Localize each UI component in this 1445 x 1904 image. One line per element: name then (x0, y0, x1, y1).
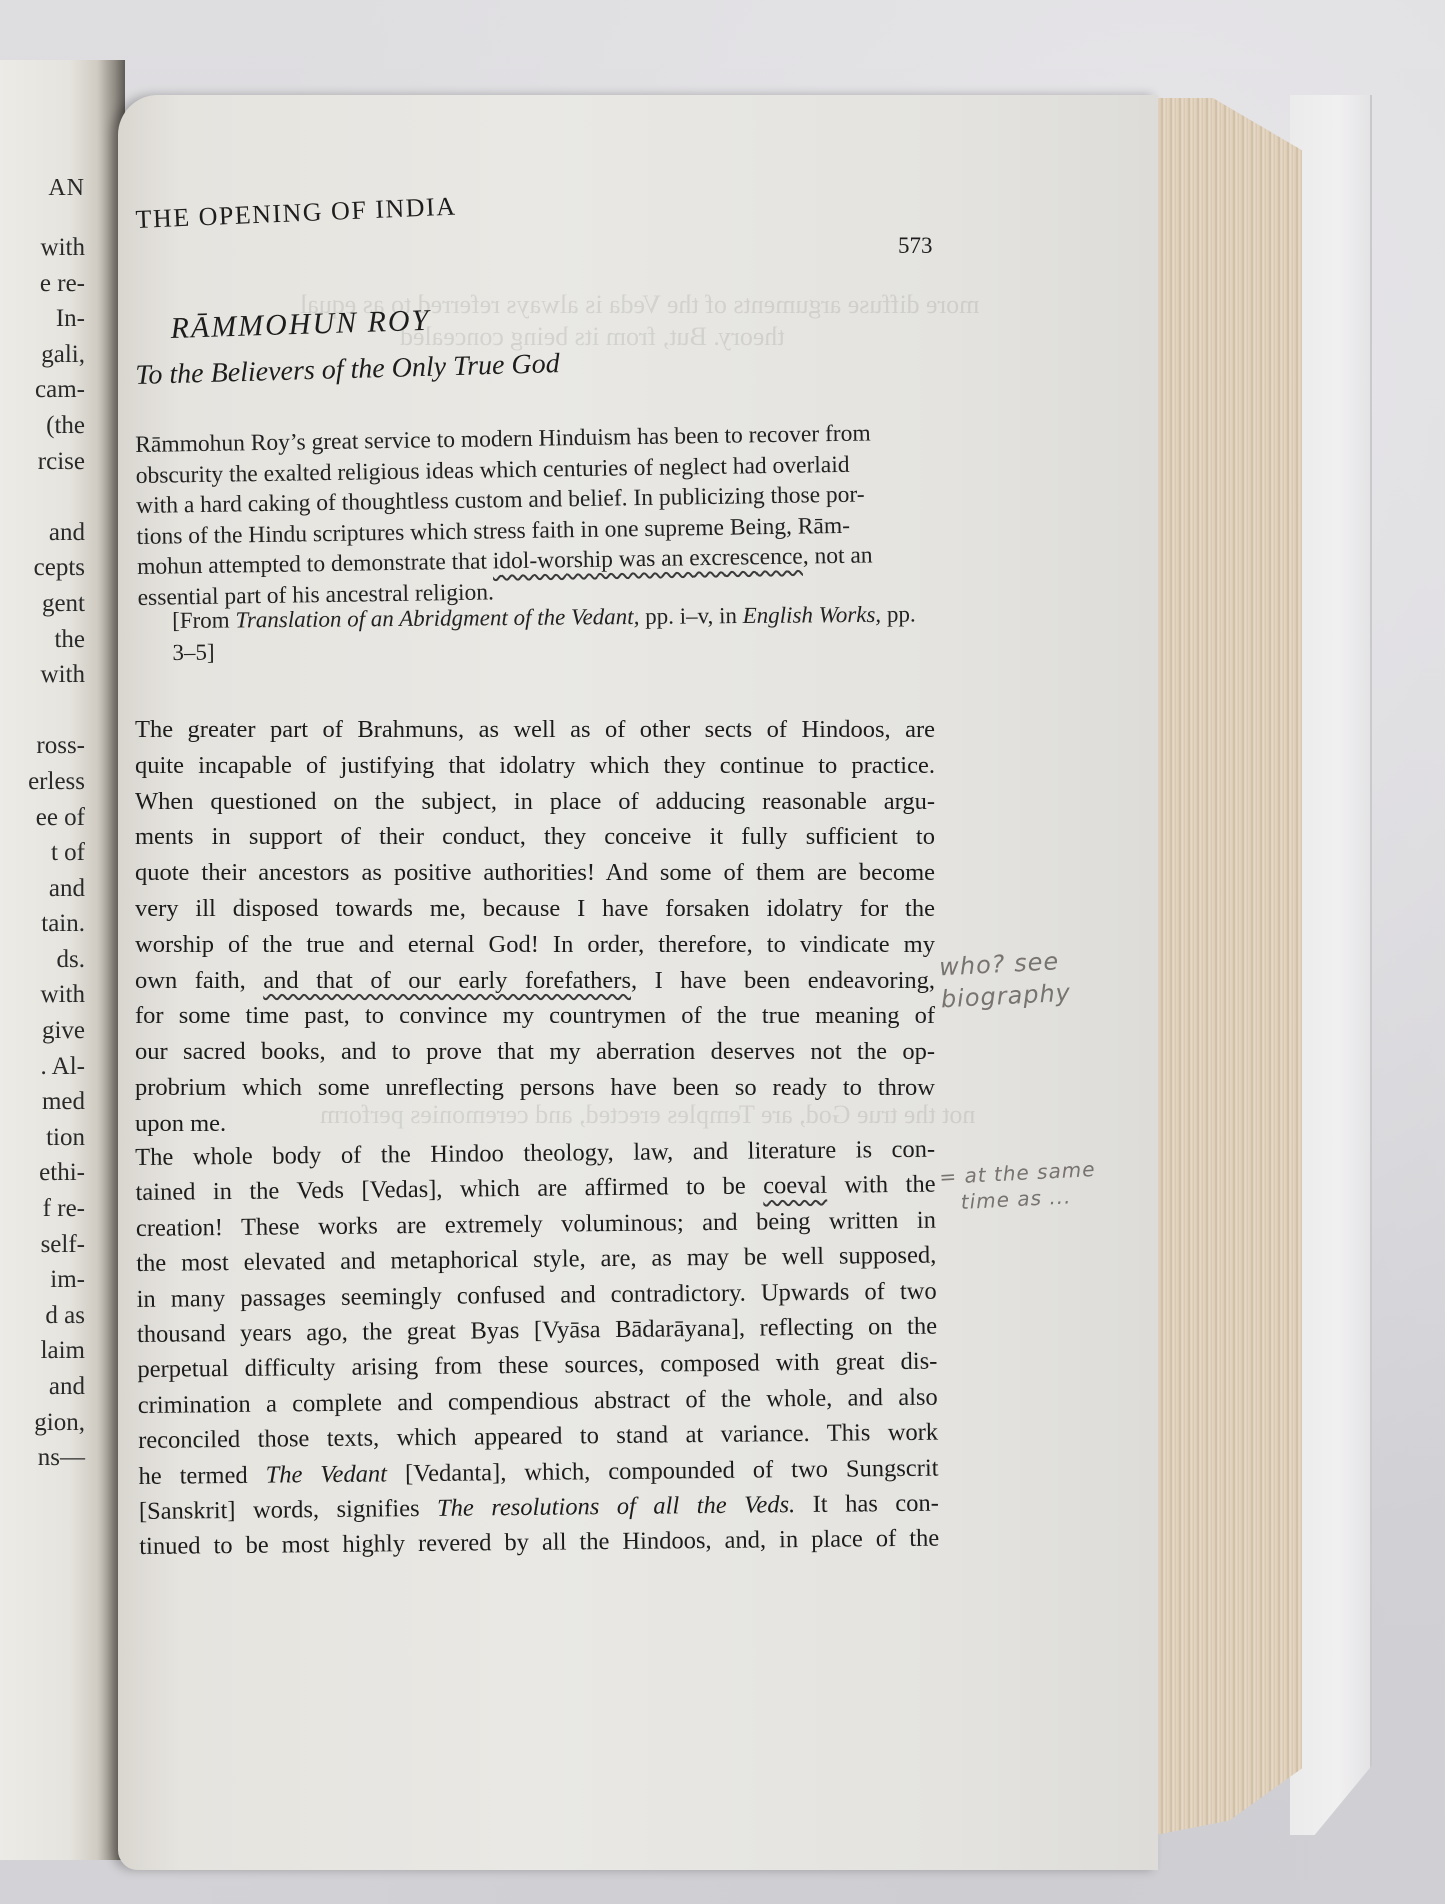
body-line: The greater part of Brahmuns, as well as… (135, 712, 935, 748)
left-line: self- (0, 1227, 85, 1263)
left-line (0, 479, 85, 515)
left-line: (the (0, 408, 85, 444)
left-line: ee of (0, 800, 85, 836)
left-line: and (0, 871, 85, 907)
left-line: im- (0, 1262, 85, 1298)
left-line: tain. (0, 906, 85, 942)
margin-note-at-the-same-time: = at the same time as ... (939, 1156, 1098, 1216)
source-citation: [From Translation of an Abridgment of th… (172, 598, 933, 669)
body-line: our sacred books, and to prove that my a… (135, 1034, 935, 1070)
body-line: worship of the true and eternal God! In … (135, 927, 935, 963)
pen-underline-idol-worship: idol-worship was an excrescence (493, 544, 803, 575)
left-line: ethi- (0, 1155, 85, 1191)
book-back-cover (1290, 95, 1372, 1835)
citation-prefix: [From (172, 607, 235, 633)
pen-underline-forefathers: and that of our early forefathers (263, 967, 631, 994)
intro-text: , not an (803, 542, 873, 569)
left-line: laim (0, 1333, 85, 1369)
left-page-line-endings: with e re- In- gali, cam- (the rcise and… (0, 230, 85, 1476)
left-line: t of (0, 835, 85, 871)
page-edges-stack (1140, 98, 1302, 1838)
intro-paragraph: Rāmmohun Roy’s great service to modern H… (135, 417, 938, 613)
left-line: cepts (0, 550, 85, 586)
body-paragraph-2: The whole body of the Hindoo theology, l… (135, 1132, 939, 1565)
body-line: very ill disposed towards me, because I … (135, 891, 935, 927)
left-line: erless (0, 764, 85, 800)
left-line: e re- (0, 266, 85, 302)
body-text: [Sanskrit] words, signifies (139, 1495, 437, 1525)
italic-phrase: The resolutions of all the Veds. (437, 1491, 795, 1522)
body-line: quite incapable of justifying that idola… (135, 748, 935, 784)
body-line: probrium which some unreflecting persons… (135, 1070, 935, 1106)
left-facing-page: AN with e re- In- gali, cam- (the rcise … (0, 60, 125, 1860)
body-text: It has con- (795, 1490, 939, 1519)
body-line: quote their ancestors as positive author… (135, 855, 935, 891)
body-text: with the (827, 1171, 936, 1199)
left-line: with (0, 230, 85, 266)
body-text: he termed (138, 1461, 265, 1489)
left-line: gion, (0, 1405, 85, 1441)
left-line: and (0, 1369, 85, 1405)
left-line: ross- (0, 728, 85, 764)
left-line: med (0, 1084, 85, 1120)
citation-collection-title: English Works, (743, 602, 882, 628)
left-line: . Al- (0, 1049, 85, 1085)
citation-pages: pp. i–v, in (639, 603, 743, 629)
body-text: [Vedanta], which, compounded of two Sung… (387, 1454, 939, 1487)
left-line: d as (0, 1298, 85, 1334)
body-line: own faith, and that of our early forefat… (135, 963, 935, 999)
left-line: give (0, 1013, 85, 1049)
left-line: gali, (0, 337, 85, 373)
left-running-head-fragment: AN (48, 175, 85, 202)
body-line: When questioned on the subject, in place… (135, 784, 935, 820)
left-line: ns— (0, 1440, 85, 1476)
body-text: , I have been endeavoring, (631, 967, 935, 994)
citation-title: Translation of an Abridgment of the Veda… (235, 604, 639, 633)
body-line: for some time past, to convince my count… (135, 998, 935, 1034)
page-number: 573 (898, 233, 933, 259)
left-line: the (0, 622, 85, 658)
italic-title-vedant: The Vedant (265, 1460, 387, 1488)
pen-underline-coeval: coeval (763, 1172, 827, 1200)
left-line: In- (0, 301, 85, 337)
body-paragraph-1: The greater part of Brahmuns, as well as… (135, 712, 935, 1142)
left-line: with (0, 977, 85, 1013)
body-line: ments in support of their conduct, they … (135, 819, 935, 855)
note-line: biography (940, 977, 1072, 1016)
left-line: with (0, 657, 85, 693)
show-through-text: theory. But, from its being concealed (400, 322, 785, 352)
margin-note-who-see-biography: who? see biography (938, 945, 1071, 1016)
intro-text: mohun attempted to demonstrate that (137, 548, 493, 580)
left-line (0, 693, 85, 729)
left-line: cam- (0, 372, 85, 408)
left-line: rcise (0, 444, 85, 480)
left-line: f re- (0, 1191, 85, 1227)
left-line: tion (0, 1120, 85, 1156)
body-text: tained in the Veds [Vedas], which are af… (135, 1173, 763, 1207)
left-line: gent (0, 586, 85, 622)
left-line: and (0, 515, 85, 551)
left-line: ds. (0, 942, 85, 978)
body-text: own faith, (135, 967, 263, 994)
